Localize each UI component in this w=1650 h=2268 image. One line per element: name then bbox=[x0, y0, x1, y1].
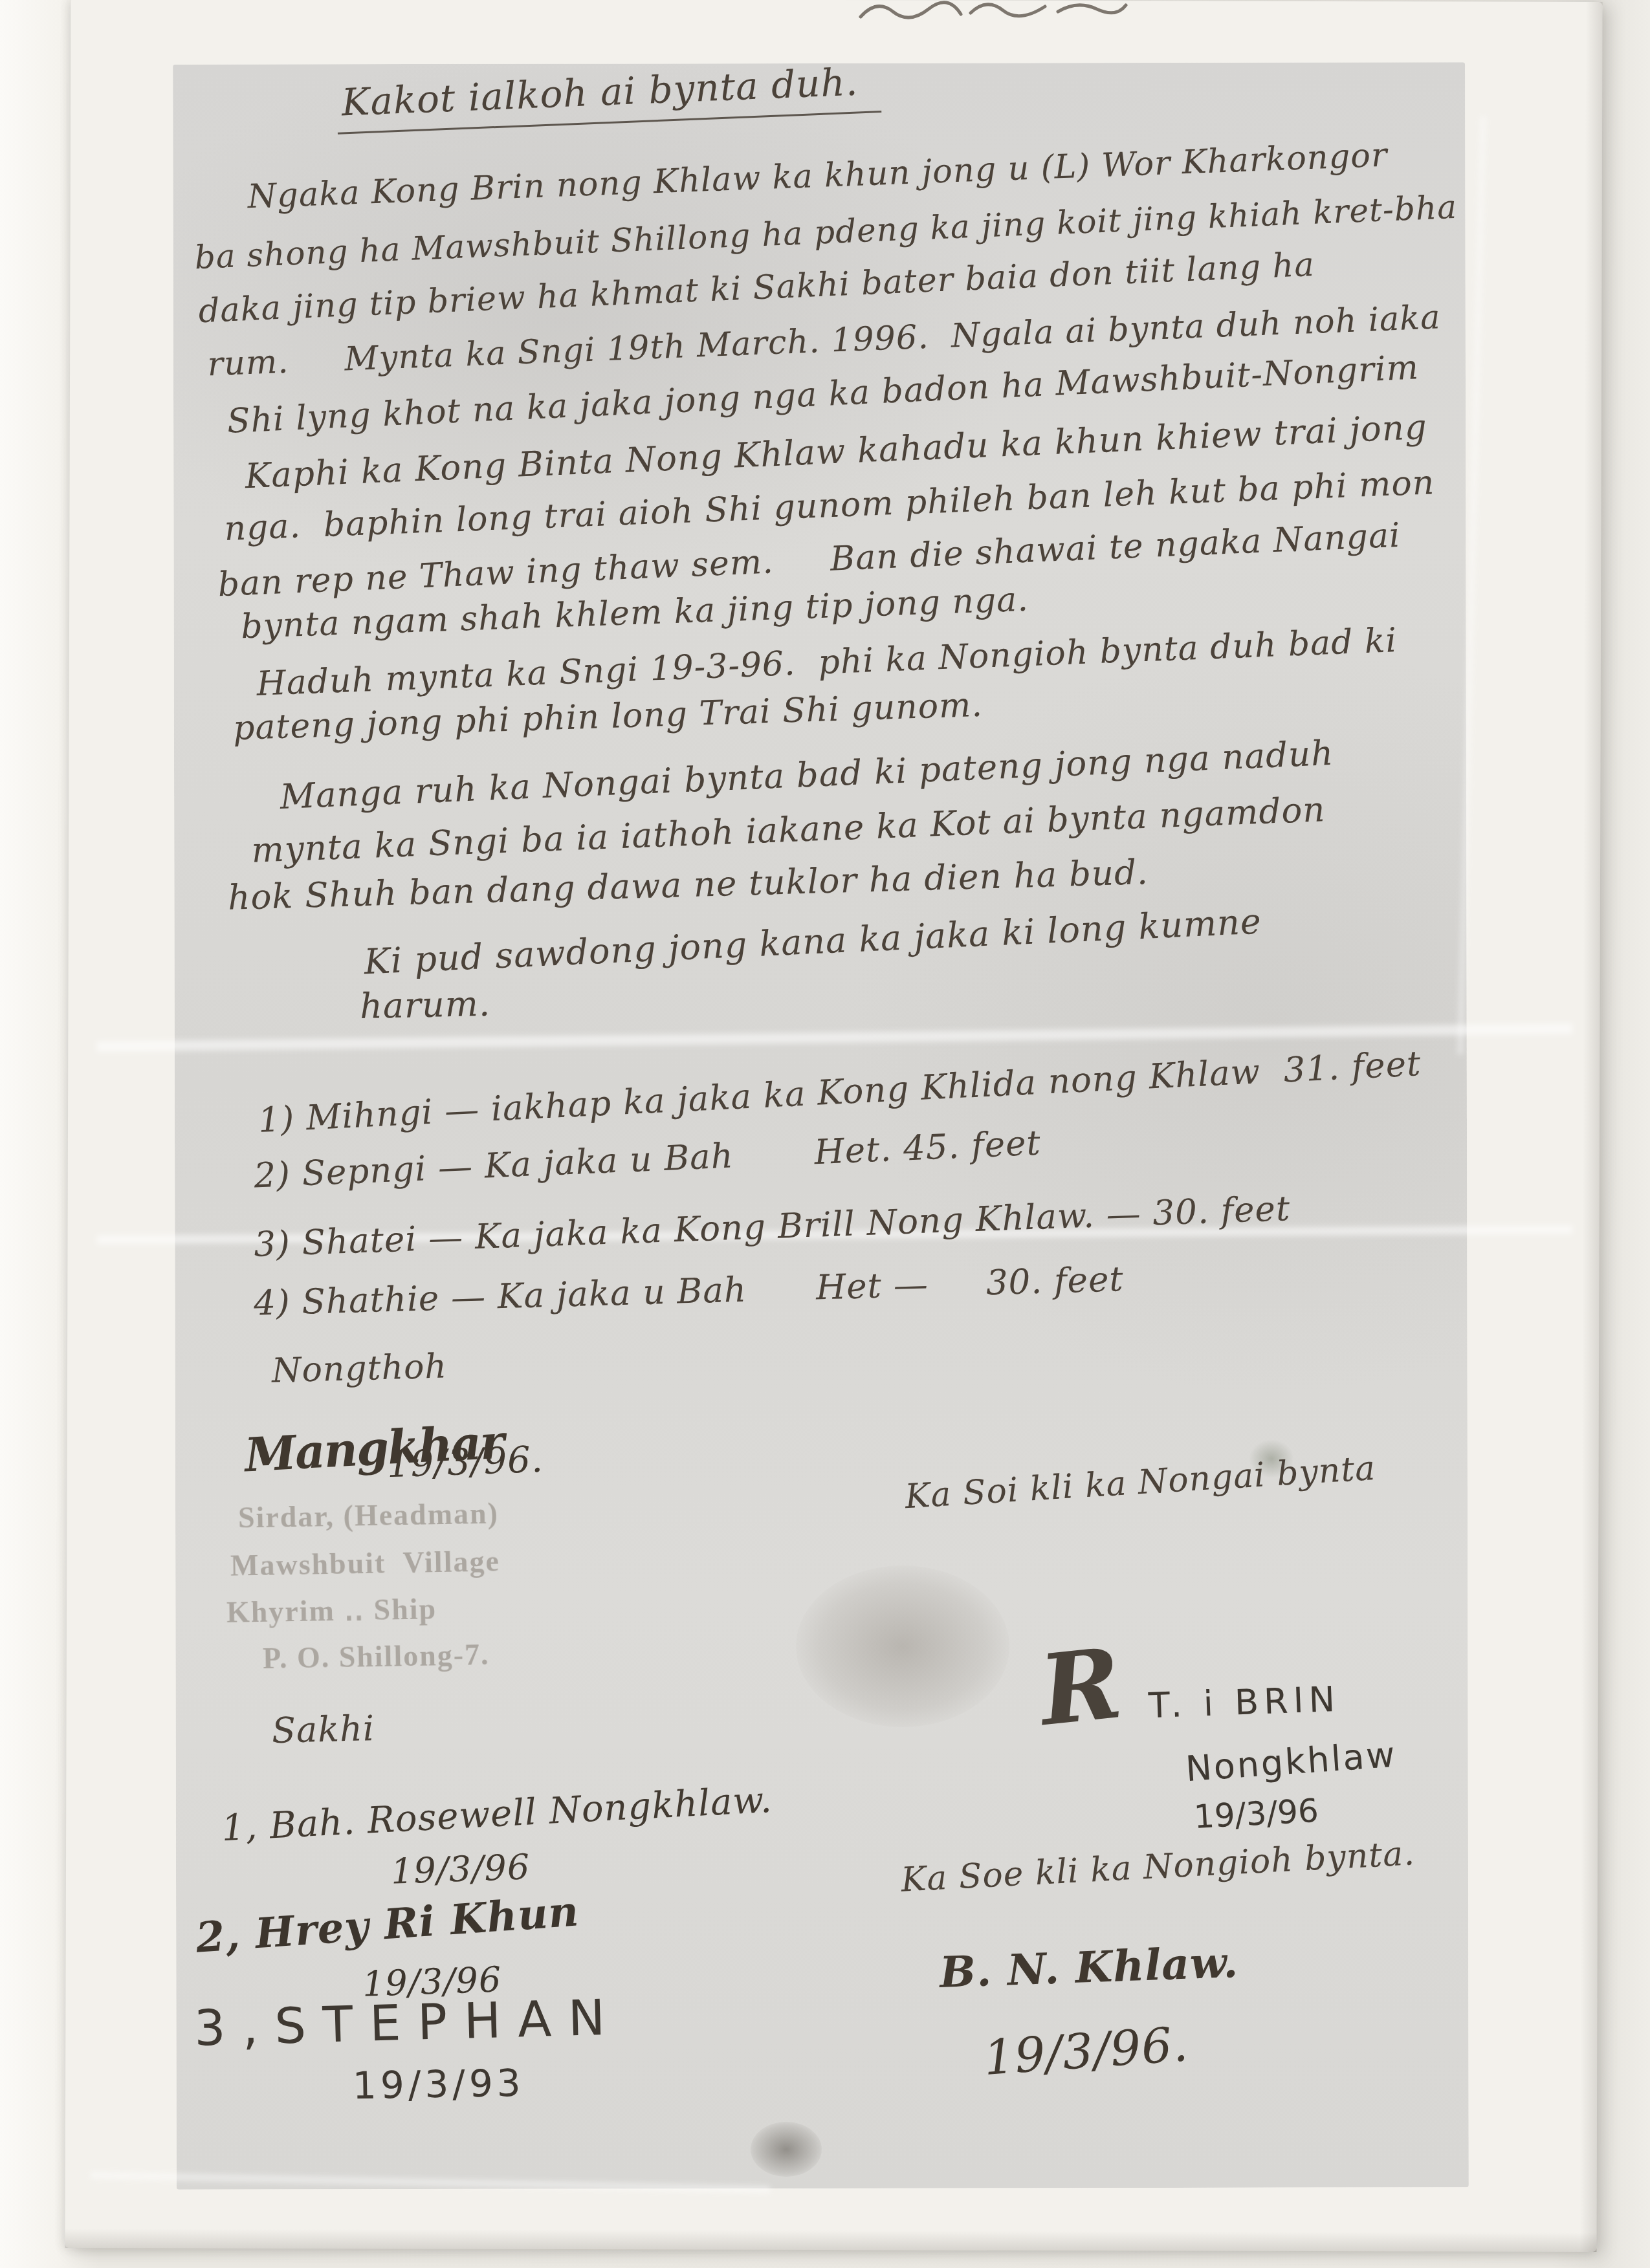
witness-date: 19/3/96 bbox=[390, 1846, 531, 1892]
thumb-flourish: R bbox=[1035, 1626, 1127, 1748]
cutoff-handwriting-mark bbox=[857, 0, 1129, 26]
page-bottom-edge-shadow bbox=[65, 2229, 1596, 2252]
stamp-line: Sirdar, (Headman) bbox=[238, 1496, 500, 1534]
witness-name: 3,STEPHAN bbox=[193, 1988, 622, 2056]
ink-spot bbox=[751, 2122, 822, 2177]
signer-date: 19/3/96 bbox=[1193, 1792, 1320, 1836]
fingerprint-smudge bbox=[796, 1565, 1009, 1727]
signature: B. N. Khlaw. bbox=[939, 1937, 1240, 1998]
signer-label: Nongthoh bbox=[271, 1347, 447, 1390]
witness-label: Sakhi bbox=[271, 1708, 375, 1751]
stamp-line: P. O. Shillong-7. bbox=[263, 1637, 490, 1675]
stamp-line: Mawshbuit Village bbox=[230, 1543, 501, 1582]
headman-signature-date: 19/3/96. bbox=[386, 1439, 544, 1486]
stamp-line: Khyrim ‥ Ship bbox=[226, 1591, 437, 1630]
scanned-handwritten-document: { "document": { "ink_color": "#4b4239", … bbox=[0, 0, 1650, 2268]
page-right-edge-shadow bbox=[1579, 2, 1602, 2252]
handwritten-line: harum. bbox=[359, 983, 490, 1027]
witness-date: 19/3/93 bbox=[352, 2061, 525, 2108]
signer-name: T. i BRIN bbox=[1148, 1679, 1341, 1726]
